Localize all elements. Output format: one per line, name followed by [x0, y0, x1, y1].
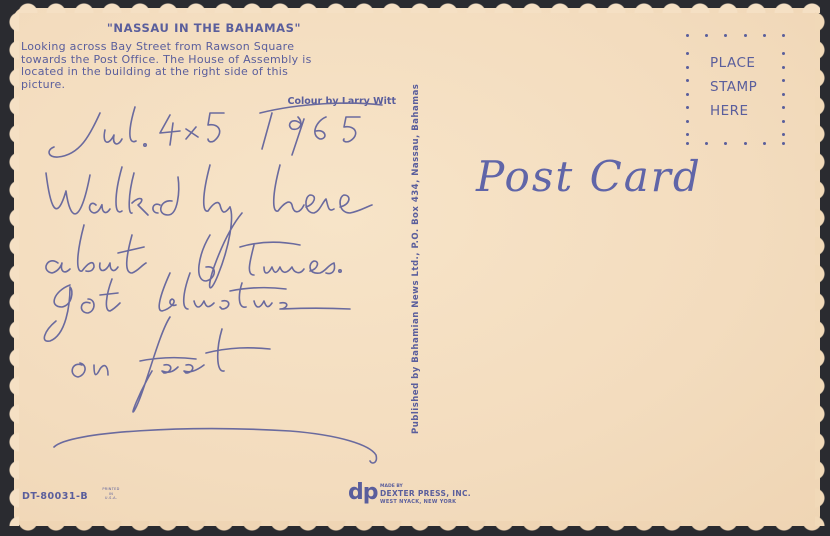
dexter-press-logo: dp — [348, 482, 378, 504]
stamp-border-dot — [686, 79, 689, 82]
printed-mark-line: U.S.A. — [94, 496, 128, 501]
caption-line: picture. — [21, 79, 397, 92]
stamp-border-dot — [705, 34, 708, 37]
maker-name: DEXTER PRESS, INC. — [380, 490, 471, 498]
caption-line: Looking across Bay Street from Rawson Sq… — [21, 41, 397, 54]
stamp-border-dot — [686, 66, 689, 69]
stamp-border-dot — [782, 142, 785, 145]
stamp-border-dot — [744, 34, 747, 37]
post-card-heading: Post Card — [476, 152, 702, 201]
handwritten-message: Jul. 4+5 1965 Walked by here about 6 tim… — [10, 95, 410, 475]
maker-location: WEST NYACK, NEW YORK — [380, 498, 471, 506]
stamp-border-dot — [782, 52, 785, 55]
stamp-line: PLACE — [710, 51, 757, 75]
handwriting-strokes-icon — [10, 95, 410, 475]
stamp-border-dot — [744, 142, 747, 145]
stamp-border-dot — [782, 79, 785, 82]
stamp-border-dot — [782, 34, 785, 37]
card-code: DT-80031-B — [22, 491, 88, 502]
stamp-border-dot — [782, 133, 785, 136]
caption-line: located in the building at the right sid… — [21, 66, 397, 79]
stamp-border-dot — [782, 106, 785, 109]
stamp-border-dot — [782, 93, 785, 96]
maker-info: MADE BY DEXTER PRESS, INC. WEST NYACK, N… — [380, 484, 471, 506]
publisher-line: Published by Bahamian News Ltd., P.O. Bo… — [411, 34, 421, 434]
scalloped-edge-top — [14, 3, 820, 13]
postcard-title: "NASSAU IN THE BAHAMAS" — [94, 21, 314, 35]
stamp-border-dot — [686, 52, 689, 55]
scalloped-edge-right — [815, 8, 825, 526]
printed-in-usa-mark: PRINTED IN U.S.A. — [94, 487, 128, 501]
stamp-border-dot — [782, 66, 785, 69]
caption: Looking across Bay Street from Rawson Sq… — [21, 41, 397, 91]
stamp-border-dot — [763, 142, 766, 145]
stamp-border-dot — [763, 34, 766, 37]
stamp-border-dot — [686, 34, 689, 37]
stamp-border-dot — [686, 142, 689, 145]
stamp-border-dot — [782, 120, 785, 123]
scalloped-edge-bottom — [14, 521, 820, 531]
stamp-border-dot — [724, 34, 727, 37]
